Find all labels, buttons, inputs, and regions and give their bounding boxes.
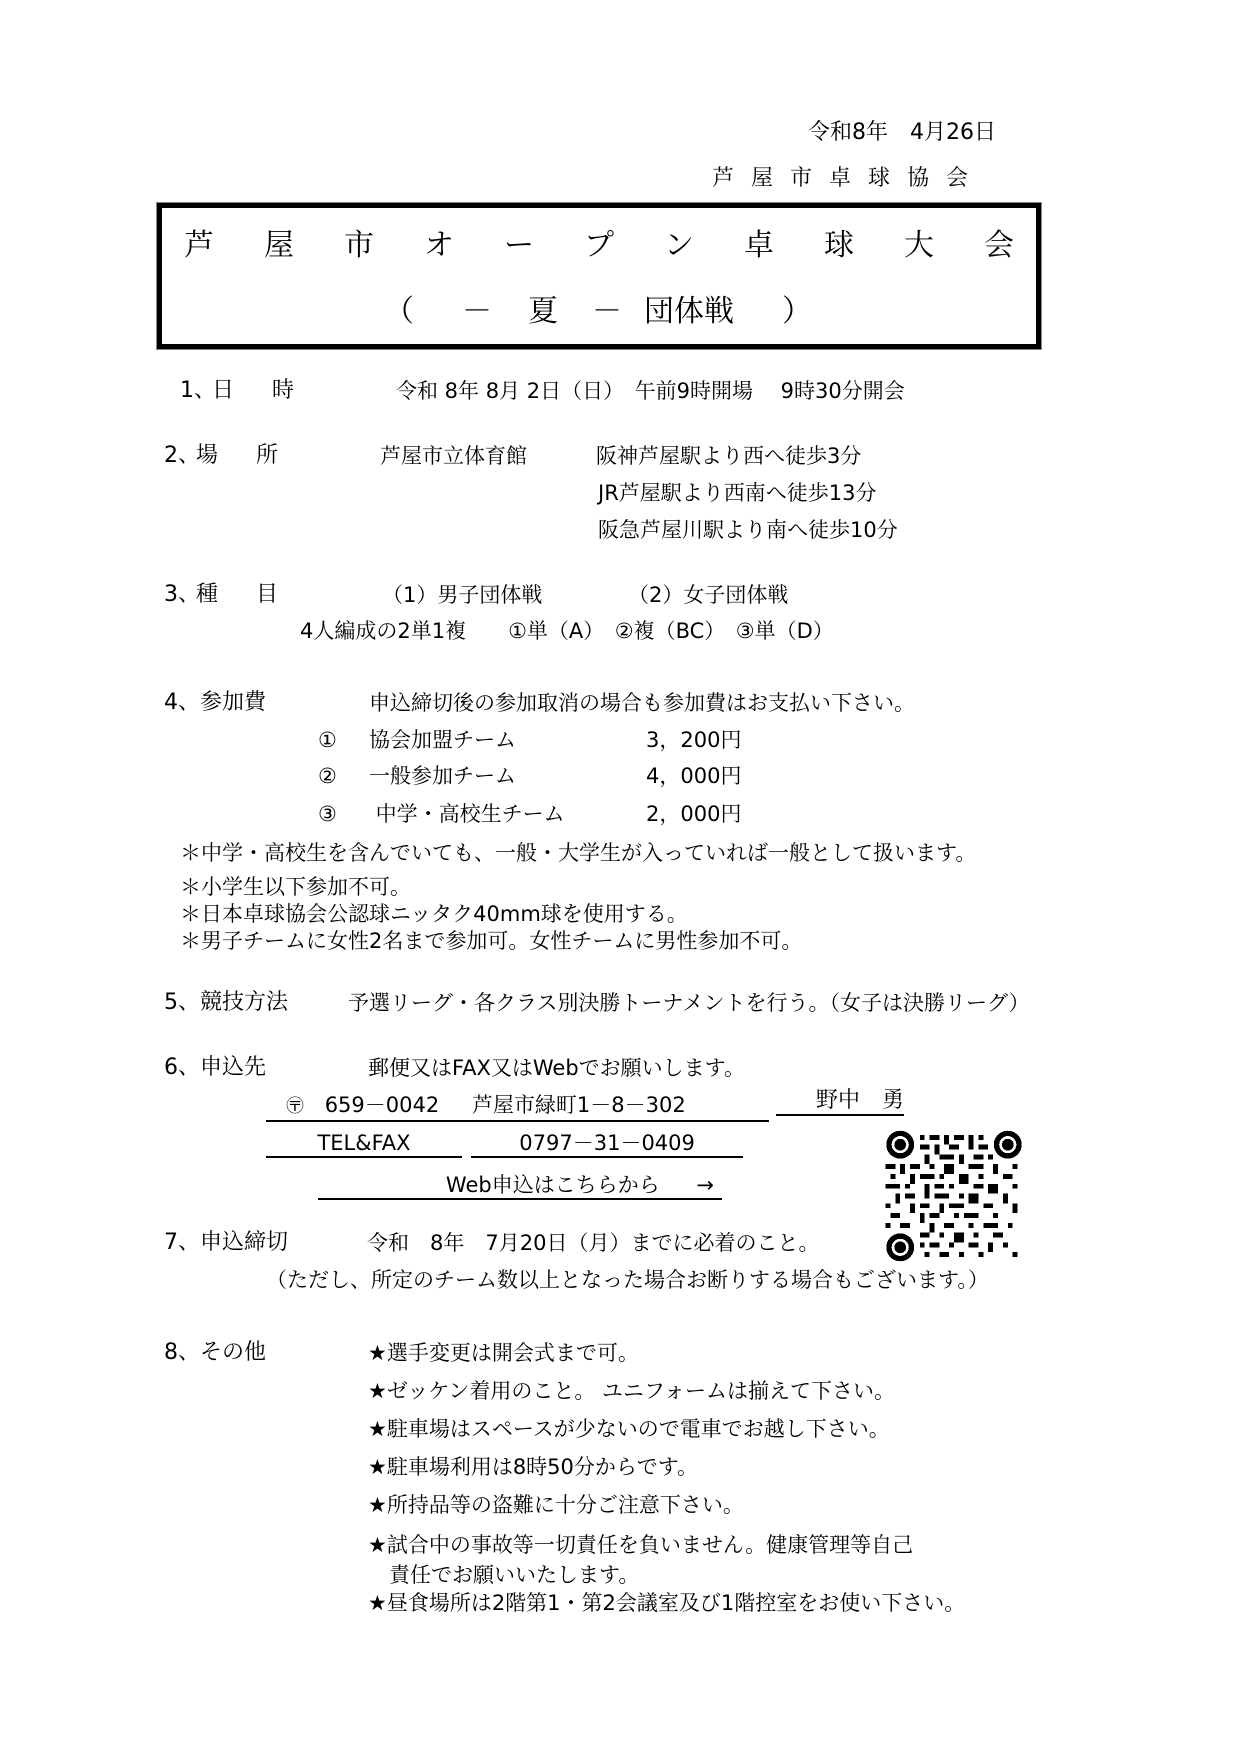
section-label: 目 (256, 582, 278, 608)
fee-category: 協会加盟チーム (369, 727, 516, 753)
access-route: JR芦屋駅より西南へ徒歩13分 (598, 480, 877, 506)
qr-code[interactable] (884, 1130, 1024, 1262)
section-number: 2、 (164, 443, 200, 469)
title-box: 芦 屋 市 オ ー プ ン 卓 球 大 会 （ － 夏 － 団体戦 ） (157, 203, 1041, 349)
section-label: 所 (256, 443, 278, 469)
subtitle-paren-close: ） (782, 294, 812, 330)
fee-amount: 4，000円 (646, 763, 741, 789)
address-line: 〶 659－0042 芦屋市緑町1－8－302 (266, 1092, 769, 1120)
section-number: 1、 (180, 378, 216, 404)
title-char: オ (424, 228, 454, 264)
section-number: 3、 (164, 582, 200, 608)
tournament-title: 芦 屋 市 オ ー プ ン 卓 球 大 会 (162, 228, 1036, 264)
title-char: プ (584, 228, 614, 264)
section-label: 種 (196, 582, 218, 608)
fee-amount: 3，200円 (646, 727, 741, 753)
fee-number: ③ (318, 801, 337, 827)
tel-fax-number[interactable]: 0797－31－0409 (471, 1130, 743, 1158)
fee-rule-note: ＊中学・高校生を含んでいても、一般・大学生が入っていれば一般として扱います。 (180, 840, 976, 866)
title-char: 芦 (184, 228, 214, 264)
other-note-item: 責任でお願いいたします。 (368, 1562, 639, 1588)
mailing-address: 芦屋市緑町1－8－302 (472, 1093, 686, 1117)
access-route: 阪神芦屋駅より西へ徒歩3分 (596, 443, 861, 469)
event-mens-team: （1）男子団体戦 (382, 582, 542, 608)
fee-category: 一般参加チーム (369, 763, 516, 789)
match-format: 4人編成の2単1複 ①単（A） ②複（BC） ③単（D） (300, 618, 834, 644)
event-datetime: 令和 8年 8月 2日（日） 午前9時開場 9時30分開会 (396, 378, 905, 404)
postal-mark-icon: 〶 (286, 1096, 304, 1117)
section-label: 場 (196, 443, 218, 469)
title-char: 球 (824, 228, 854, 264)
fee-amount: 2，000円 (646, 801, 741, 827)
tel-fax-label: TEL&FAX (266, 1130, 462, 1158)
fee-rule-note: ＊男子チームに女性2名まで参加可。女性チームに男性参加不可。 (180, 928, 802, 954)
section-label: 8、その他 (164, 1340, 266, 1366)
subtitle-dash: － (592, 294, 622, 330)
section-label: 日 (212, 378, 234, 404)
section-label: 7、申込締切 (164, 1230, 288, 1256)
postal-code: 659－0042 (325, 1093, 440, 1117)
subtitle-type: 団体戦 (644, 294, 734, 330)
access-route: 阪急芦屋川駅より南へ徒歩10分 (598, 517, 898, 543)
event-womens-team: （2）女子団体戦 (628, 582, 788, 608)
title-char: 屋 (264, 228, 294, 264)
fee-number: ① (318, 727, 337, 753)
organizer-name: 芦屋市卓球協会 (712, 166, 985, 192)
title-char: ン (664, 228, 694, 264)
fee-rule-note: ＊小学生以下参加不可。 (180, 874, 411, 900)
section-label: 6、申込先 (164, 1055, 266, 1081)
contact-name: 野中 勇 (776, 1088, 904, 1116)
section-label: 4、参加費 (164, 690, 266, 716)
other-note-item: ★駐車場利用は8時50分からです。 (368, 1454, 698, 1480)
other-note-item: ★ゼッケン着用のこと。 ユニフォームは揃えて下さい。 (368, 1378, 895, 1404)
subtitle-paren-open: （ (384, 294, 414, 330)
other-note-item: ★試合中の事故等一切責任を負いません。健康管理等自己 (368, 1532, 913, 1558)
subtitle-dash: － (462, 294, 492, 330)
section-label: 5、競技方法 (164, 990, 288, 1016)
title-char: 会 (984, 228, 1014, 264)
other-note-item: ★昼食場所は2階第1・第2会議室及び1階控室をお使い下さい。 (368, 1590, 965, 1616)
fee-cancel-note: 申込締切後の参加取消の場合も参加費はお支払い下さい。 (369, 690, 915, 716)
title-char: ー (504, 228, 534, 264)
title-char: 大 (904, 228, 934, 264)
other-note-item: ★選手変更は開会式まで可。 (368, 1340, 639, 1366)
section-label: 時 (272, 378, 294, 404)
arrow-right-icon: → (696, 1173, 714, 1197)
title-char: 卓 (744, 228, 774, 264)
tel-fax-line: TEL&FAX 0797－31－0409 (266, 1130, 743, 1158)
subtitle-season: 夏 (528, 294, 558, 330)
fee-category: 中学・高校生チーム (369, 801, 565, 827)
other-note-item: ★所持品等の盗難に十分ご注意下さい。 (368, 1492, 744, 1518)
web-apply-label[interactable]: Web申込はこちらから (446, 1173, 660, 1197)
application-deadline: 令和 8年 7月20日（月）までに必着のこと。 (367, 1230, 819, 1256)
document-date: 令和8年 4月26日 (808, 120, 996, 146)
fee-rule-note: ＊日本卓球協会公認球ニッタク40mm球を使用する。 (180, 901, 688, 927)
venue-name: 芦屋市立体育館 (380, 443, 527, 469)
contact-name-line: 野中 勇 (776, 1088, 904, 1116)
title-char: 市 (344, 228, 374, 264)
competition-method: 予選リーグ・各クラス別決勝トーナメントを行う。（女子は決勝リーグ） (348, 990, 1030, 1016)
deadline-note: （ただし、所定のチーム数以上となった場合お断りする場合もございます。） (266, 1267, 989, 1293)
other-note-item: ★駐車場はスペースが少ないので電車でお越し下さい。 (368, 1416, 890, 1442)
application-methods: 郵便又はFAX又はWebでお願いします。 (368, 1055, 745, 1081)
fee-number: ② (318, 763, 337, 789)
web-apply-link[interactable]: Web申込はこちらから → (318, 1172, 722, 1200)
